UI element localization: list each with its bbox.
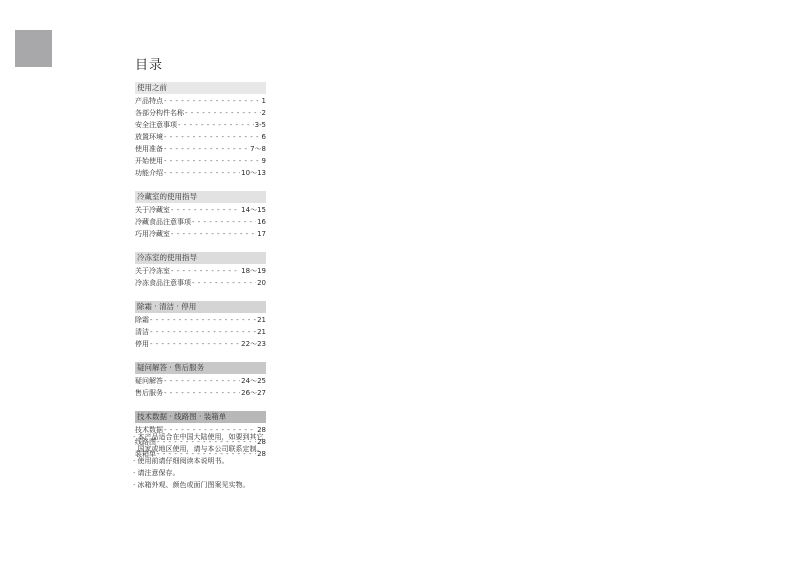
usage-notes: · 本产品适合在中国大陆使用，如要到其它 国家或地区使用，请与本公司联系定制。 … <box>133 431 293 491</box>
toc-entry[interactable]: 开始使用9 <box>135 155 266 167</box>
toc-entry[interactable]: 停用22～23 <box>135 338 266 350</box>
entry-page: 7～8 <box>250 143 266 155</box>
entry-page: 16 <box>257 216 266 228</box>
dot-leader <box>171 228 256 240</box>
dot-leader <box>164 155 261 167</box>
entry-page: 1 <box>262 95 266 107</box>
entry-page: 17 <box>257 228 266 240</box>
toc-entry[interactable]: 关于冷冻室18～19 <box>135 265 266 277</box>
dot-leader <box>164 131 261 143</box>
entry-page: 18～19 <box>241 265 266 277</box>
entry-page: 2 <box>262 107 266 119</box>
dot-leader <box>164 375 240 387</box>
entry-label: 功能介绍 <box>135 167 163 179</box>
entry-label: 停用 <box>135 338 149 350</box>
entry-label: 使用准备 <box>135 143 163 155</box>
note-item: 国家或地区使用，请与本公司联系定制。 <box>133 443 293 455</box>
entry-label: 除霜 <box>135 314 149 326</box>
entry-page: 24～25 <box>241 375 266 387</box>
entry-label: 各部分构件名称 <box>135 107 184 119</box>
toc-section-freezer: 冷冻室的使用指导 关于冷冻室18～19 冷冻食品注意事项20 <box>135 252 266 289</box>
dot-leader <box>164 95 261 107</box>
toc-entry[interactable]: 巧用冷藏室17 <box>135 228 266 240</box>
entry-page: 20 <box>257 277 266 289</box>
entry-label: 冷冻食品注意事项 <box>135 277 191 289</box>
entry-label: 关于冷藏室 <box>135 204 170 216</box>
corner-tab-marker <box>15 30 52 67</box>
toc-entry[interactable]: 产品特点1 <box>135 95 266 107</box>
entry-label: 冷藏食品注意事项 <box>135 216 191 228</box>
entry-label: 放置环境 <box>135 131 163 143</box>
toc-entry[interactable]: 清洁21 <box>135 326 266 338</box>
toc-section-defrost-clean-stop: 除霜 · 清洁 · 停用 除霜21 清洁21 停用22～23 <box>135 301 266 350</box>
entry-label: 疑问解答 <box>135 375 163 387</box>
dot-leader <box>192 216 256 228</box>
dot-leader <box>192 277 256 289</box>
entry-label: 安全注意事项 <box>135 119 177 131</box>
entry-page: 3-5 <box>255 119 266 131</box>
toc-entry[interactable]: 各部分构件名称2 <box>135 107 266 119</box>
entry-page: 26～27 <box>241 387 266 399</box>
entry-page: 14～15 <box>241 204 266 216</box>
toc-entry[interactable]: 放置环境6 <box>135 131 266 143</box>
toc-entry[interactable]: 关于冷藏室14～15 <box>135 204 266 216</box>
dot-leader <box>178 119 254 131</box>
dot-leader <box>171 265 240 277</box>
entry-label: 清洁 <box>135 326 149 338</box>
dot-leader <box>185 107 261 119</box>
note-item: · 本产品适合在中国大陆使用，如要到其它 <box>133 431 293 443</box>
toc-entry[interactable]: 售后服务26～27 <box>135 387 266 399</box>
toc-entry[interactable]: 使用准备7～8 <box>135 143 266 155</box>
note-item: · 使用前请仔细阅读本说明书。 <box>133 455 293 467</box>
entry-page: 21 <box>257 314 266 326</box>
entry-label: 巧用冷藏室 <box>135 228 170 240</box>
dot-leader <box>150 326 256 338</box>
dot-leader <box>164 143 249 155</box>
toc-entry[interactable]: 冷冻食品注意事项20 <box>135 277 266 289</box>
toc-entry[interactable]: 疑问解答24～25 <box>135 375 266 387</box>
entry-label: 售后服务 <box>135 387 163 399</box>
entry-label: 开始使用 <box>135 155 163 167</box>
note-item: · 冰箱外观、颜色或面门图案见实物。 <box>133 479 293 491</box>
section-header: 冷冻室的使用指导 <box>135 252 266 264</box>
toc-section-faq-service: 疑问解答 · 售后服务 疑问解答24～25 售后服务26～27 <box>135 362 266 399</box>
entry-page: 10～13 <box>241 167 266 179</box>
entry-label: 产品特点 <box>135 95 163 107</box>
table-of-contents: 目录 使用之前 产品特点1 各部分构件名称2 安全注意事项3-5 放置环境6 使… <box>135 58 266 472</box>
toc-section-refrigerator: 冷藏室的使用指导 关于冷藏室14～15 冷藏食品注意事项16 巧用冷藏室17 <box>135 191 266 240</box>
dot-leader <box>150 338 240 350</box>
note-item: · 请注意保存。 <box>133 467 293 479</box>
toc-entry[interactable]: 安全注意事项3-5 <box>135 119 266 131</box>
dot-leader <box>150 314 256 326</box>
entry-label: 关于冷冻室 <box>135 265 170 277</box>
toc-entry[interactable]: 冷藏食品注意事项16 <box>135 216 266 228</box>
entry-page: 22～23 <box>241 338 266 350</box>
toc-section-before-use: 使用之前 产品特点1 各部分构件名称2 安全注意事项3-5 放置环境6 使用准备… <box>135 82 266 179</box>
section-header: 技术数据 · 线路图 · 装箱单 <box>135 411 266 423</box>
section-header: 使用之前 <box>135 82 266 94</box>
toc-entry[interactable]: 除霜21 <box>135 314 266 326</box>
dot-leader <box>164 167 240 179</box>
toc-title: 目录 <box>135 58 266 74</box>
section-header: 疑问解答 · 售后服务 <box>135 362 266 374</box>
section-header: 冷藏室的使用指导 <box>135 191 266 203</box>
dot-leader <box>171 204 240 216</box>
entry-page: 9 <box>262 155 266 167</box>
toc-entry[interactable]: 功能介绍10～13 <box>135 167 266 179</box>
section-header: 除霜 · 清洁 · 停用 <box>135 301 266 313</box>
dot-leader <box>164 387 240 399</box>
entry-page: 21 <box>257 326 266 338</box>
entry-page: 6 <box>262 131 266 143</box>
